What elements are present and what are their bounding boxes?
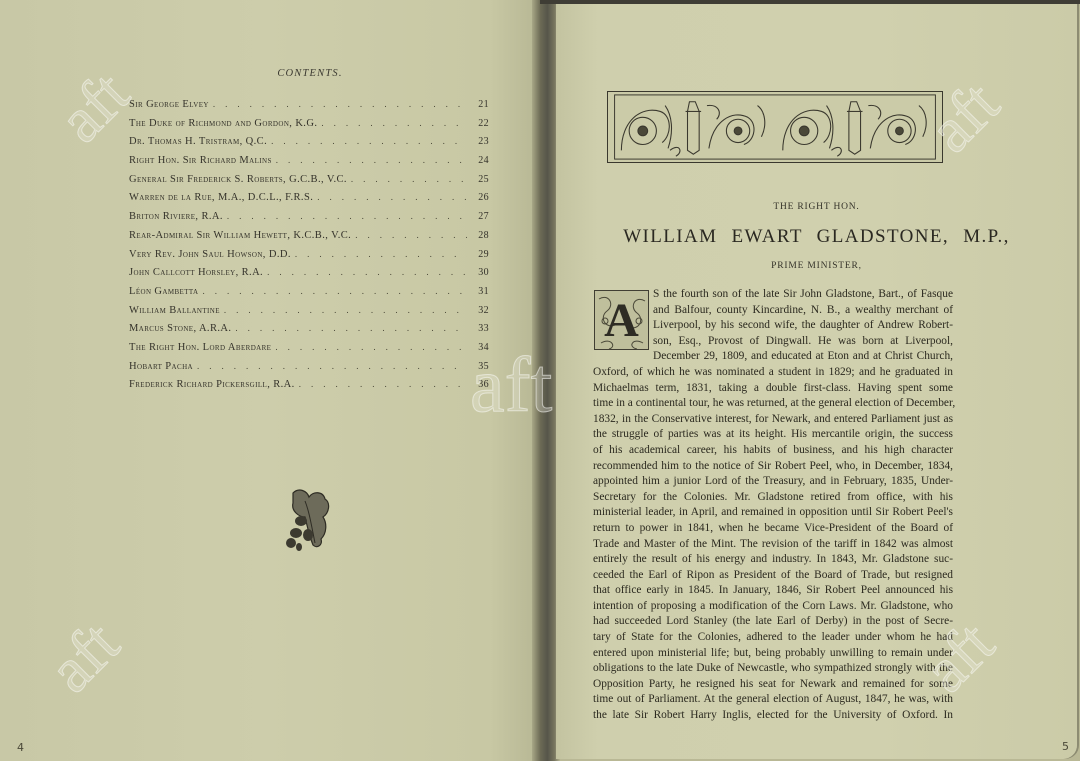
- leader-dots: ........................................: [295, 249, 467, 259]
- entry-page: 35: [467, 361, 489, 372]
- text-line: December 29, 1809, and educated at Eton …: [593, 349, 953, 365]
- contents-entry: John Callcott Horsley, R.A..............…: [129, 267, 489, 286]
- text-line: intention of proposing a modification of…: [593, 599, 953, 615]
- text-line: obligations to the late Duke of Newcastl…: [593, 661, 953, 677]
- contents-entry: Right Hon. Sir Richard Malins...........…: [129, 155, 489, 174]
- contents-entry: Léon Gambetta...........................…: [129, 286, 489, 305]
- entry-page: 26: [467, 192, 489, 203]
- entry-page: 23: [467, 136, 489, 147]
- leader-dots: ........................................: [317, 192, 467, 202]
- pre-title: THE RIGHT HON.: [556, 202, 1077, 212]
- contents-entry: Very Rev. John Saul Howson, D.D.........…: [129, 249, 489, 268]
- right-page-number: 5: [1062, 740, 1069, 753]
- entry-page: 33: [467, 323, 489, 334]
- text-line: of his academical career, his habits of …: [593, 443, 953, 459]
- text-line: Liverpool, by his second wife, the daugh…: [593, 318, 953, 334]
- entry-page: 27: [467, 211, 489, 222]
- entry-name: Sir George Elvey: [129, 99, 213, 110]
- text-line: the struggle of parties was at its heigh…: [593, 427, 953, 443]
- entry-page: 34: [467, 342, 489, 353]
- entry-name: Dr. Thomas H. Tristram, Q.C.: [129, 136, 271, 147]
- entry-name: John Callcott Horsley, R.A.: [129, 267, 267, 278]
- contents-entry: Frederick Richard Pickersgill, R.A......…: [129, 379, 489, 398]
- text-line: son, Esq., Provost of Dingwall. He was b…: [593, 334, 953, 350]
- contents-entry: The Right Hon. Lord Aberdare............…: [129, 342, 489, 361]
- text-line: entirely the result of his energy and in…: [593, 552, 953, 568]
- leader-dots: ........................................: [299, 379, 467, 389]
- text-line: Opposition Party, he resigned his seat f…: [593, 677, 953, 693]
- text-line: ministerial leader, in April, and remain…: [593, 505, 953, 521]
- text-line: time out of Parliament. At the general e…: [593, 692, 953, 708]
- leader-dots: ........................................: [271, 136, 467, 146]
- entry-page: 31: [467, 286, 489, 297]
- leader-dots: ........................................: [355, 230, 467, 240]
- leader-dots: ........................................: [224, 305, 467, 315]
- entry-page: 24: [467, 155, 489, 166]
- text-line: had succeeded Lord Stanley (the late Ear…: [593, 614, 953, 630]
- contents-heading: CONTENTS.: [0, 68, 620, 79]
- leader-dots: ........................................: [267, 267, 467, 277]
- entry-name: Briton Riviere, R.A.: [129, 211, 227, 222]
- leader-dots: ........................................: [276, 155, 467, 165]
- article-body: S the fourth son of the late Sir John Gl…: [593, 287, 953, 724]
- contents-entry: Rear-Admiral Sir William Hewett, K.C.B.,…: [129, 230, 489, 249]
- text-line: S the fourth son of the late Sir John Gl…: [593, 287, 953, 303]
- text-line: return to power in 1841, when he became …: [593, 521, 953, 537]
- entry-name: Frederick Richard Pickersgill, R.A.: [129, 379, 299, 390]
- article-title: WILLIAM EWART GLADSTONE, M.P.,: [556, 226, 1077, 248]
- text-line: recommended him to the notice of Sir Rob…: [593, 459, 953, 475]
- entry-name: Rear-Admiral Sir William Hewett, K.C.B.,…: [129, 230, 355, 241]
- text-line: entered upon ministerial life; but, bein…: [593, 646, 953, 662]
- leader-dots: ........................................: [235, 323, 467, 333]
- entry-name: William Ballantine: [129, 305, 224, 316]
- entry-page: 21: [467, 99, 489, 110]
- entry-page: 30: [467, 267, 489, 278]
- leader-dots: ........................................: [213, 99, 467, 109]
- contents-entry: The Duke of Richmond and Gordon, K.G....…: [129, 118, 489, 137]
- contents-entry: Hobart Pacha............................…: [129, 361, 489, 380]
- entry-name: General Sir Frederick S. Roberts, G.C.B.…: [129, 174, 351, 185]
- entry-page: 25: [467, 174, 489, 185]
- text-line: 1832, in the Conservative interest, for …: [593, 412, 953, 428]
- contents-entry: Sir George Elvey........................…: [129, 99, 489, 118]
- text-line: appointed him a junior Lord of the Treas…: [593, 474, 953, 490]
- text-line: Michaelmas term, 1831, taking a double f…: [593, 381, 953, 397]
- left-page-number: 4: [17, 741, 24, 754]
- contents-entry: General Sir Frederick S. Roberts, G.C.B.…: [129, 174, 489, 193]
- text-line: that office early in 1845. In January, 1…: [593, 583, 953, 599]
- contents-entry: William Ballantine......................…: [129, 305, 489, 324]
- contents-entry: Briton Riviere, R.A.....................…: [129, 211, 489, 230]
- oak-leaf-acorn-icon: [283, 487, 335, 555]
- floral-headpiece-icon: [607, 91, 943, 163]
- entry-name: Léon Gambetta: [129, 286, 202, 297]
- article-subtitle: PRIME MINISTER,: [556, 261, 1077, 271]
- text-line: ceeded the Earl of Ripon as President of…: [593, 568, 953, 584]
- entry-name: The Right Hon. Lord Aberdare: [129, 342, 275, 353]
- entry-page: 29: [467, 249, 489, 260]
- contents-list: Sir George Elvey........................…: [129, 99, 489, 398]
- text-line: time in a continental tour, he was retur…: [593, 396, 953, 412]
- contents-entry: Marcus Stone, A.R.A.....................…: [129, 323, 489, 342]
- leader-dots: ........................................: [275, 342, 467, 352]
- book-spread: CONTENTS. Sir George Elvey..............…: [0, 0, 1080, 761]
- entry-name: Right Hon. Sir Richard Malins: [129, 155, 276, 166]
- entry-name: The Duke of Richmond and Gordon, K.G.: [129, 118, 321, 129]
- entry-page: 22: [467, 118, 489, 129]
- text-line: Secretary for the Colonies. Mr. Gladston…: [593, 490, 953, 506]
- leader-dots: ........................................: [202, 286, 467, 296]
- contents-entry: Dr. Thomas H. Tristram, Q.C.............…: [129, 136, 489, 155]
- entry-name: Hobart Pacha: [129, 361, 197, 372]
- text-line: tary of State for the Colonies, adhered …: [593, 630, 953, 646]
- leader-dots: ........................................: [351, 174, 467, 184]
- contents-entry: Warren de la Rue, M.A., D.C.L., F.R.S...…: [129, 192, 489, 211]
- text-line: the late Sir Robert Harry Inglis, electe…: [593, 708, 953, 724]
- text-line: Oxford, of which he was nominated a stud…: [593, 365, 953, 381]
- leader-dots: ........................................: [321, 118, 467, 128]
- entry-name: Marcus Stone, A.R.A.: [129, 323, 235, 334]
- entry-page: 36: [467, 379, 489, 390]
- text-line: and Balfour, county Kincardine, N. B., a…: [593, 303, 953, 319]
- entry-page: 28: [467, 230, 489, 241]
- entry-page: 32: [467, 305, 489, 316]
- leader-dots: ........................................: [227, 211, 467, 221]
- entry-name: Very Rev. John Saul Howson, D.D.: [129, 249, 295, 260]
- entry-name: Warren de la Rue, M.A., D.C.L., F.R.S.: [129, 192, 317, 203]
- leader-dots: ........................................: [197, 361, 467, 371]
- text-line: Trade and Master of the Mint. The revisi…: [593, 537, 953, 553]
